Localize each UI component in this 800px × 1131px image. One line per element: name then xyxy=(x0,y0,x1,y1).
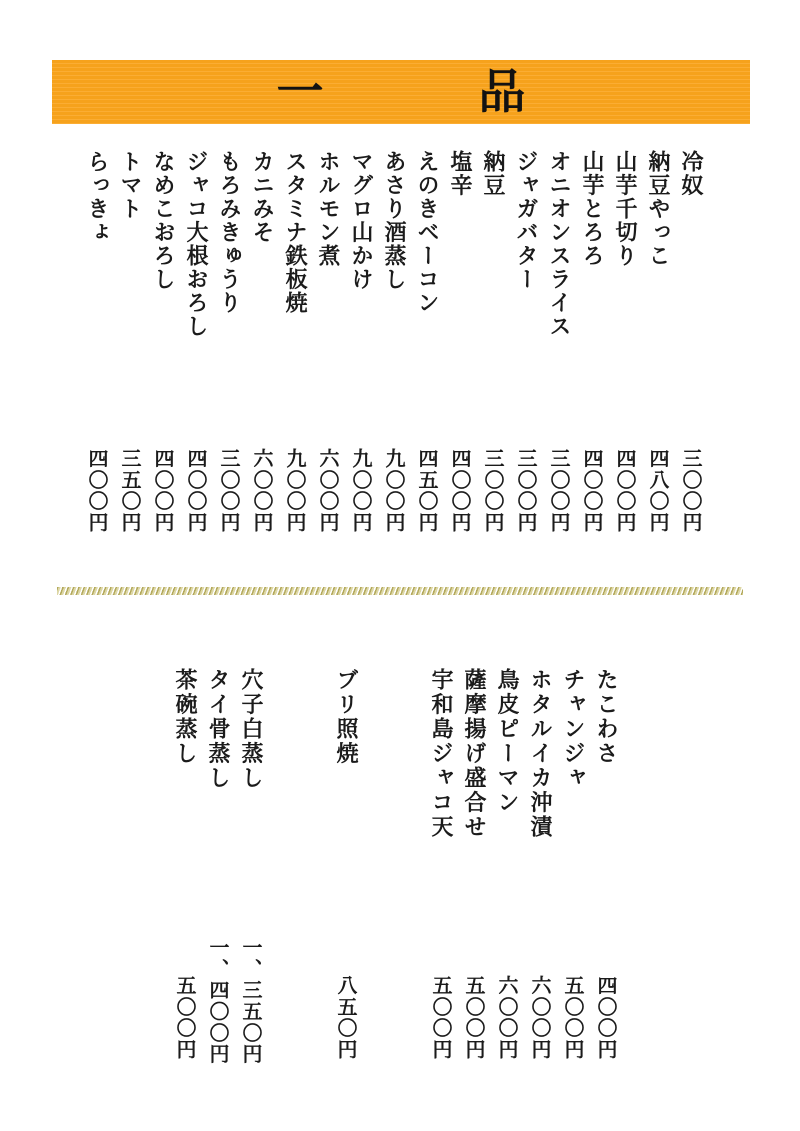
section2-names-row: たこわさ チャンジャ ホタルイカ沖漬 鳥皮ピーマン 薩摩揚げ盛合せ 宇和島ジャコ… xyxy=(168,668,622,840)
menu-item-name: ホタルイカ沖漬 xyxy=(523,668,556,840)
menu-item-price: 五〇〇円 xyxy=(168,937,201,1065)
menu-item-price: 九〇〇円 xyxy=(377,448,410,533)
menu-item-price: 五〇〇円 xyxy=(556,937,589,1065)
menu-title-char-2: 品 xyxy=(479,69,526,116)
menu-item-price: 四五〇円 xyxy=(410,448,443,533)
menu-item-name: 山芋千切り xyxy=(608,150,641,338)
menu-item-price: 四〇〇円 xyxy=(575,448,608,533)
menu-item-price: 五〇〇円 xyxy=(424,937,457,1065)
menu-item-price: 三〇〇円 xyxy=(509,448,542,533)
menu-item-name: 冷奴 xyxy=(674,150,707,338)
menu-item-price: 三〇〇円 xyxy=(542,448,575,533)
menu-item-price: 一、四〇〇円 xyxy=(201,937,234,1065)
menu-item-price: 四〇〇円 xyxy=(443,448,476,533)
menu-item-name: 鳥皮ピーマン xyxy=(490,668,523,840)
menu-item-price: 四〇〇円 xyxy=(179,448,212,533)
menu-title-char-1: 一 xyxy=(277,69,324,116)
menu-item-name: スタミナ鉄板焼 xyxy=(278,150,311,338)
menu-item-price: 六〇〇円 xyxy=(311,448,344,533)
menu-item-price: 八五〇円 xyxy=(329,937,362,1065)
section1-names-row: 冷奴 納豆やっこ 山芋千切り 山芋とろろ オニオンスライス ジャガバター 納豆 … xyxy=(80,150,707,338)
menu-item-name: 茶碗蒸し xyxy=(168,668,201,840)
menu-header-banner: 一 品 xyxy=(52,60,750,124)
menu-item-price: 三〇〇円 xyxy=(212,448,245,533)
menu-item-price: 九〇〇円 xyxy=(278,448,311,533)
menu-item-price: 五〇〇円 xyxy=(457,937,490,1065)
menu-item-name: たこわさ xyxy=(589,668,622,840)
menu-item-name: 宇和島ジャコ天 xyxy=(424,668,457,840)
menu-item-name: 穴子白蒸し xyxy=(234,668,267,840)
menu-item-name: 納豆 xyxy=(476,150,509,338)
section2-prices-row: 四〇〇円 五〇〇円 六〇〇円 六〇〇円 五〇〇円 五〇〇円 八五〇円 一、三五〇… xyxy=(168,937,622,1065)
menu-item-name: えのきベーコン xyxy=(410,150,443,338)
menu-item-price: 一、三五〇円 xyxy=(234,937,267,1065)
menu-item-price: 九〇〇円 xyxy=(344,448,377,533)
menu-item-name: チャンジャ xyxy=(556,668,589,840)
section-divider xyxy=(57,587,743,595)
menu-item-price: 六〇〇円 xyxy=(245,448,278,533)
menu-item-name: 納豆やっこ xyxy=(641,150,674,338)
menu-item-name: ブリ照焼 xyxy=(329,668,362,840)
menu-item-price: 三〇〇円 xyxy=(674,448,707,533)
menu-item-price: 三五〇円 xyxy=(113,448,146,533)
menu-item-name: もろみきゅうり xyxy=(212,150,245,338)
menu-item-name: マグロ山かけ xyxy=(344,150,377,338)
menu-item-name: タイ骨蒸し xyxy=(201,668,234,840)
menu-item-name: ジャガバター xyxy=(509,150,542,338)
menu-item-name: カニみそ xyxy=(245,150,278,338)
menu-item-name: トマト xyxy=(113,150,146,338)
menu-item-name: 薩摩揚げ盛合せ xyxy=(457,668,490,840)
menu-item-name: ジャコ大根おろし xyxy=(179,150,212,338)
menu-item-name: 塩辛 xyxy=(443,150,476,338)
menu-item-name: なめこおろし xyxy=(146,150,179,338)
menu-item-price: 四〇〇円 xyxy=(80,448,113,533)
menu-item-name: ホルモン煮 xyxy=(311,150,344,338)
menu-item-name: らっきょ xyxy=(80,150,113,338)
menu-item-price: 四〇〇円 xyxy=(146,448,179,533)
menu-page: 一 品 冷奴 納豆やっこ 山芋千切り 山芋とろろ オニオンスライス ジャガバター… xyxy=(0,0,800,1131)
section1-prices-row: 三〇〇円 四八〇円 四〇〇円 四〇〇円 三〇〇円 三〇〇円 三〇〇円 四〇〇円 … xyxy=(80,448,707,533)
menu-item-price: 四〇〇円 xyxy=(608,448,641,533)
menu-item-price: 三〇〇円 xyxy=(476,448,509,533)
menu-item-name: オニオンスライス xyxy=(542,150,575,338)
menu-item-price: 六〇〇円 xyxy=(490,937,523,1065)
menu-item-price: 四八〇円 xyxy=(641,448,674,533)
menu-item-price: 四〇〇円 xyxy=(589,937,622,1065)
menu-item-name: 山芋とろろ xyxy=(575,150,608,338)
menu-item-price: 六〇〇円 xyxy=(523,937,556,1065)
menu-item-name: あさり酒蒸し xyxy=(377,150,410,338)
